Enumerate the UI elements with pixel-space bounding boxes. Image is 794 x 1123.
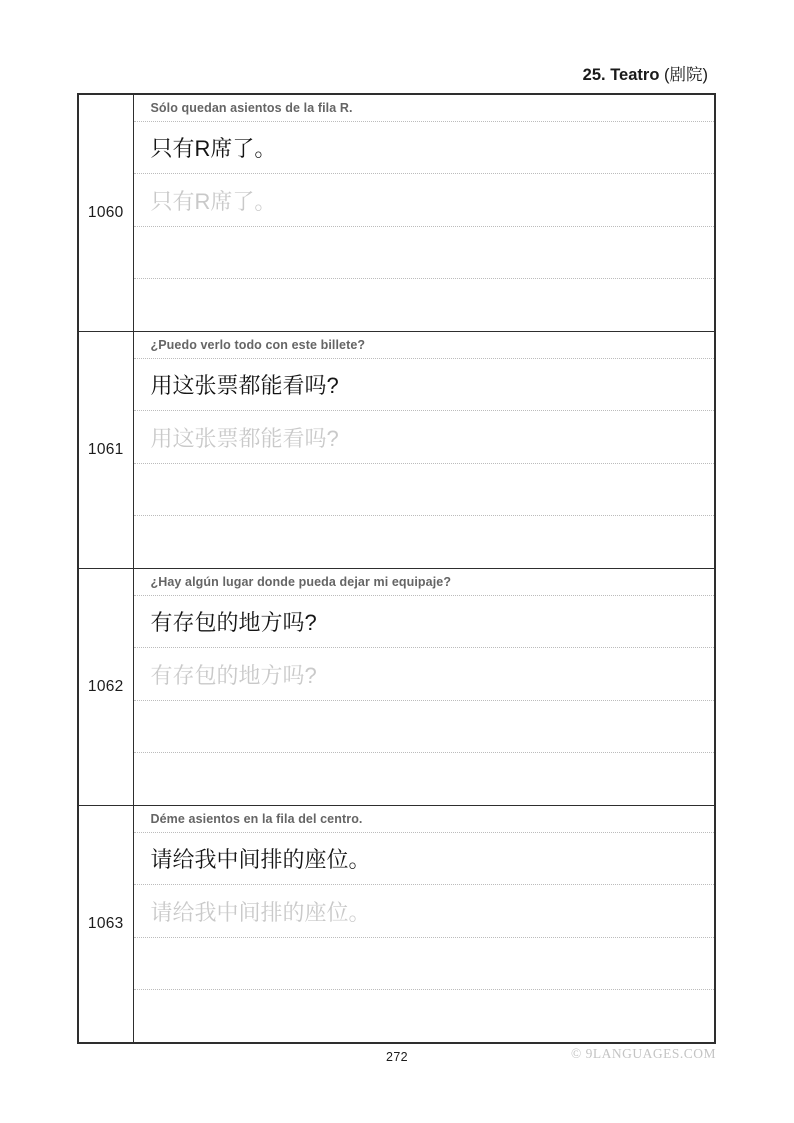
chapter-subtitle-chinese: (剧院) — [664, 66, 708, 84]
workbook-page: 25. Teatro (剧院) 1060 Sólo quedan asiento… — [0, 0, 794, 1123]
spanish-phrase: Sólo quedan asientos de la fila R. — [134, 95, 715, 122]
row-number: 1060 — [78, 94, 133, 332]
phrase-cell: Sólo quedan asientos de la fila R. 只有R席了… — [133, 94, 715, 332]
chinese-trace-text: 请给我中间排的座位。 — [134, 885, 715, 938]
practice-line — [134, 990, 715, 1042]
chinese-trace-text: 有存包的地方吗? — [134, 648, 715, 701]
table-row: 1061 ¿Puedo verlo todo con este billete?… — [78, 332, 715, 569]
spanish-phrase: ¿Puedo verlo todo con este billete? — [134, 332, 715, 359]
row-number: 1062 — [78, 569, 133, 806]
phrase-cell: ¿Hay algún lugar donde pueda dejar mi eq… — [133, 569, 715, 806]
practice-line — [134, 701, 715, 753]
chinese-translation: 只有R席了。 — [134, 122, 715, 174]
chinese-translation: 用这张票都能看吗? — [134, 359, 715, 411]
spanish-phrase: Déme asientos en la fila del centro. — [134, 806, 715, 833]
row-number: 1061 — [78, 332, 133, 569]
practice-line — [134, 464, 715, 516]
page-title: 25. Teatro (剧院) — [583, 61, 708, 85]
chapter-number-title: 25. Teatro — [583, 66, 660, 84]
chinese-trace-text: 用这张票都能看吗? — [134, 411, 715, 464]
chinese-translation: 有存包的地方吗? — [134, 596, 715, 648]
table-row: 1060 Sólo quedan asientos de la fila R. … — [78, 94, 715, 332]
practice-line — [134, 516, 715, 568]
spanish-phrase: ¿Hay algún lugar donde pueda dejar mi eq… — [134, 569, 715, 596]
chinese-trace-text: 只有R席了。 — [134, 174, 715, 227]
phrase-cell: Déme asientos en la fila del centro. 请给我… — [133, 806, 715, 1044]
row-number: 1063 — [78, 806, 133, 1044]
table-row: 1063 Déme asientos en la fila del centro… — [78, 806, 715, 1044]
practice-line — [134, 938, 715, 990]
phrase-table: 1060 Sólo quedan asientos de la fila R. … — [77, 93, 716, 1044]
phrase-cell: ¿Puedo verlo todo con este billete? 用这张票… — [133, 332, 715, 569]
chinese-translation: 请给我中间排的座位。 — [134, 833, 715, 885]
practice-line — [134, 753, 715, 805]
practice-line — [134, 279, 715, 331]
table-row: 1062 ¿Hay algún lugar donde pueda dejar … — [78, 569, 715, 806]
watermark: © 9LANGUAGES.COM — [571, 1046, 716, 1062]
practice-line — [134, 227, 715, 279]
